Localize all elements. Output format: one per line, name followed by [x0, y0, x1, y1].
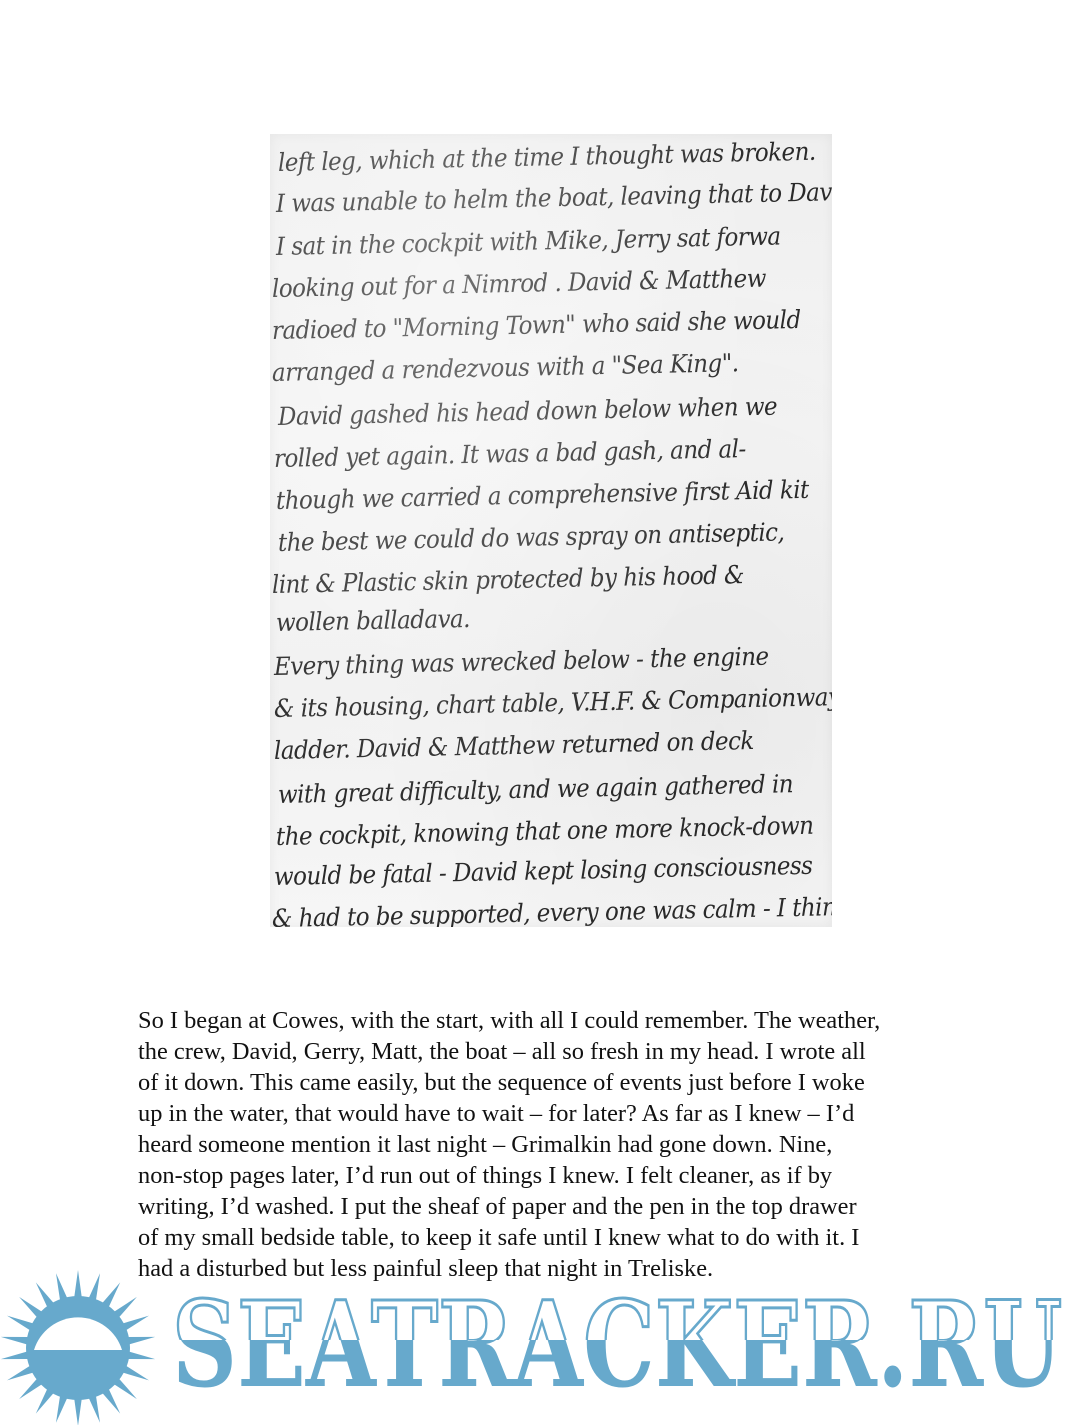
handwritten-line: with great difficulty, and we again gath…: [278, 769, 794, 809]
handwritten-line: left leg, which at the time I thought wa…: [278, 137, 816, 177]
paragraph-line: So I began at Cowes, with the start, wit…: [138, 1005, 978, 1036]
handwritten-line: lint & Plastic skin protected by his hoo…: [272, 560, 745, 599]
paragraph-line: non-stop pages later, I’d run out of thi…: [138, 1160, 978, 1191]
handwritten-line: wollen balladava.: [276, 604, 470, 637]
handwritten-line: I sat in the cockpit with Mike, Jerry sa…: [276, 221, 781, 261]
handwritten-line: David gashed his head down below when we: [278, 392, 778, 431]
paragraph-line: writing, I’d washed. I put the sheaf of …: [138, 1191, 978, 1222]
handwritten-line: though we carried a comprehensive first …: [276, 475, 809, 515]
handwritten-line: I was unable to helm the boat, leaving t…: [276, 177, 832, 218]
watermark-logo: SEATRACKER.RU SEATRACKER.RU: [0, 1268, 1080, 1425]
handwritten-line: & had to be supported, every one was cal…: [272, 892, 832, 927]
handwritten-line: rolled yet again. It was a bad gash, and…: [274, 434, 746, 473]
paragraph-line: up in the water, that would have to wait…: [138, 1098, 978, 1129]
handwritten-line: the cockpit, knowing that one more knock…: [276, 811, 814, 851]
paragraph-line: of it down. This came easily, but the se…: [138, 1067, 978, 1098]
handwritten-line: would be fatal - David kept losing consc…: [274, 851, 813, 891]
handwritten-line: the best we could do was spray on antise…: [278, 517, 785, 557]
handwritten-line: & its housing, chart table, V.H.F. & Com…: [274, 682, 832, 723]
paragraph-line: of my small bedside table, to keep it sa…: [138, 1222, 978, 1253]
handwritten-page-scan: left leg, which at the time I thought wa…: [270, 134, 832, 927]
handwritten-line: Every thing was wrecked below - the engi…: [274, 642, 769, 681]
paragraph-line: the crew, David, Gerry, Matt, the boat –…: [138, 1036, 978, 1067]
handwritten-line: arranged a rendezvous with a "Sea King".: [272, 348, 739, 387]
handwritten-line: ladder. David & Matthew returned on deck: [274, 726, 754, 765]
watermark-wordmark: SEATRACKER.RU SEATRACKER.RU: [170, 1290, 1065, 1400]
paragraph-line: heard someone mention it last night – Gr…: [138, 1129, 978, 1160]
sun-over-sea-icon: [0, 1268, 160, 1425]
body-paragraph: So I began at Cowes, with the start, wit…: [138, 1005, 978, 1284]
handwritten-line: looking out for a Nimrod . David & Matth…: [272, 264, 766, 303]
handwritten-line: radioed to "Morning Town" who said she w…: [272, 305, 801, 345]
